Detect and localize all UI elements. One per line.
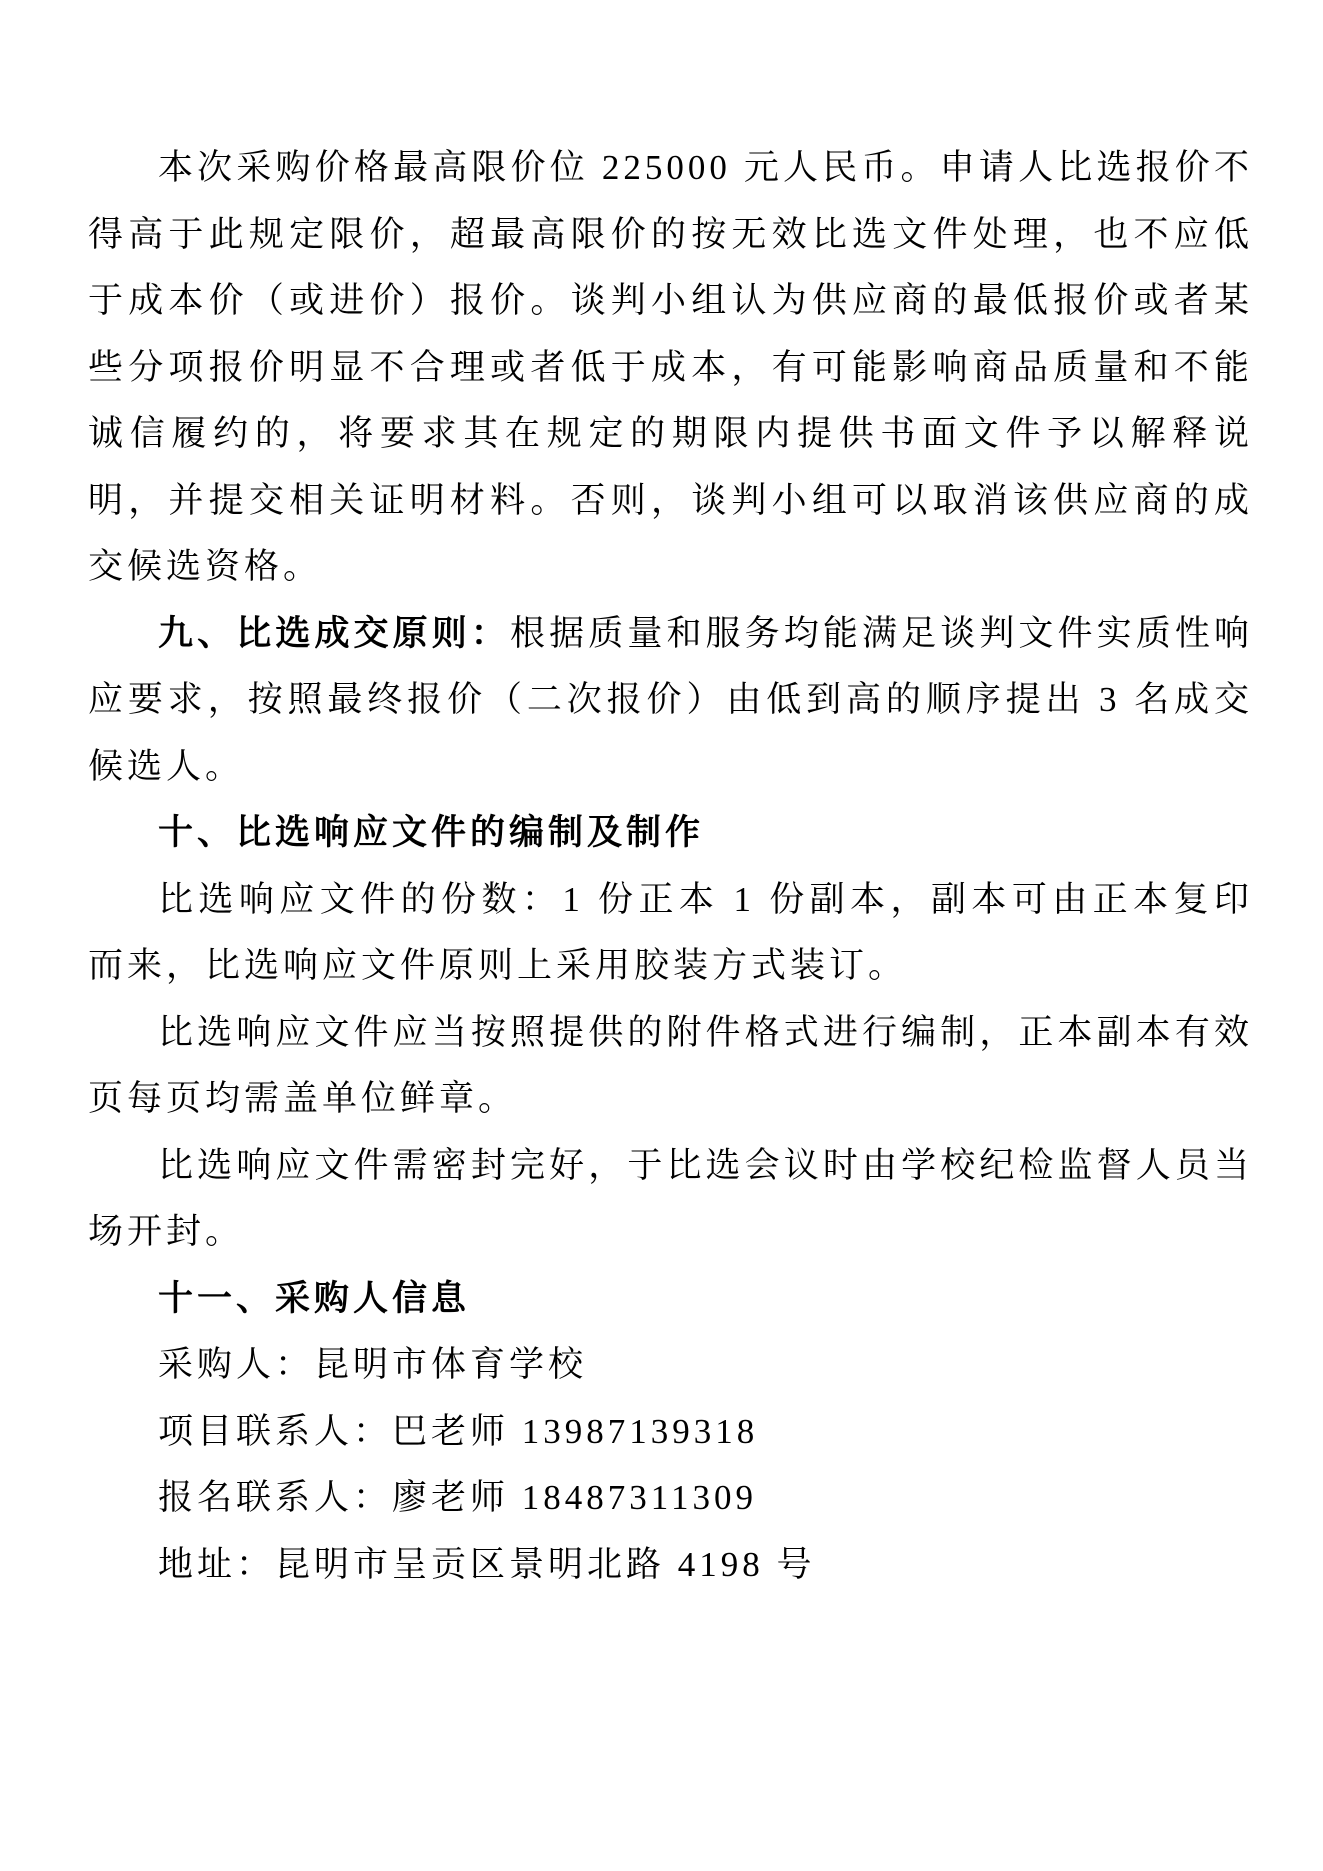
paragraph-document-sealing: 比选响应文件需密封完好，于比选会议时由学校纪检监督人员当场开封。 (88, 1133, 1253, 1266)
line-registration-contact: 报名联系人：廖老师 18487311309 (88, 1465, 1253, 1532)
document-page: 本次采购价格最高限价位 225000 元人民币。申请人比选报价不得高于此规定限价… (0, 0, 1323, 1871)
paragraph-document-format: 比选响应文件应当按照提供的附件格式进行编制，正本副本有效页每页均需盖单位鲜章。 (88, 1000, 1253, 1133)
award-principle-label: 九、比选成交原则： (158, 614, 510, 653)
heading-section-11: 十一、采购人信息 (88, 1266, 1253, 1333)
line-project-contact: 项目联系人：巴老师 13987139318 (88, 1399, 1253, 1466)
paragraph-award-principle: 九、比选成交原则：根据质量和服务均能满足谈判文件实质性响应要求，按照最终报价（二… (88, 601, 1253, 801)
line-purchaser: 采购人：昆明市体育学校 (88, 1332, 1253, 1399)
heading-section-10: 十、比选响应文件的编制及制作 (88, 800, 1253, 867)
paragraph-document-copies: 比选响应文件的份数：1 份正本 1 份副本，副本可由正本复印而来，比选响应文件原… (88, 867, 1253, 1000)
line-address: 地址：昆明市呈贡区景明北路 4198 号 (88, 1532, 1253, 1599)
paragraph-price-limit: 本次采购价格最高限价位 225000 元人民币。申请人比选报价不得高于此规定限价… (88, 135, 1253, 601)
